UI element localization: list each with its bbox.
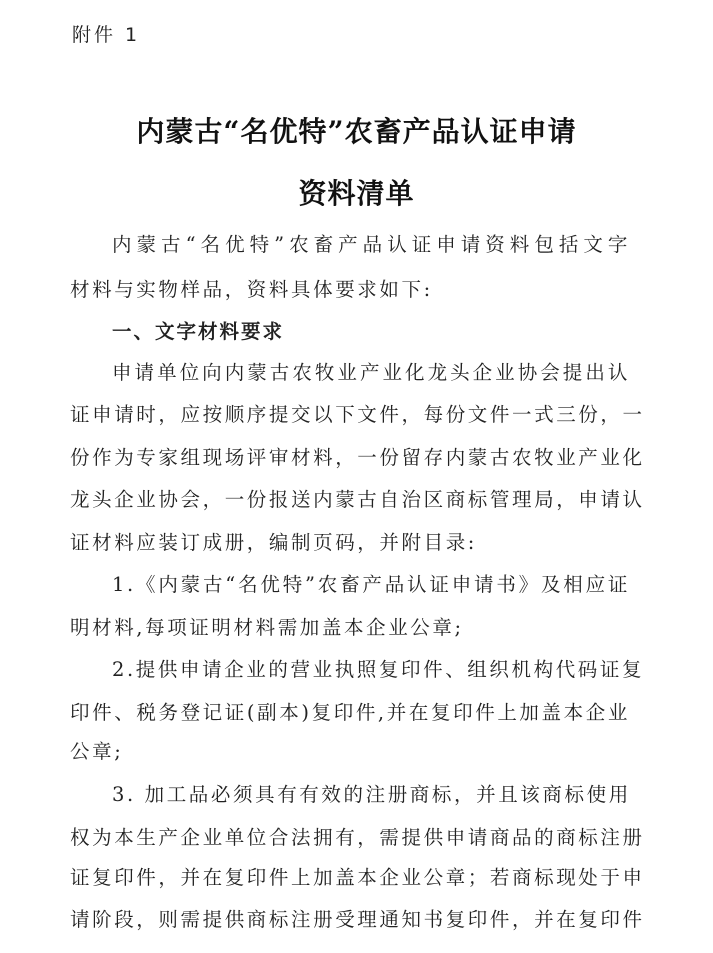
attachment-label: 附件 1 [72,20,140,47]
document-title-line2: 资料清单 [0,172,713,212]
paragraph-line: 证申请时，应按顺序提交以下文件，每份文件一式三份，一 [70,403,630,427]
paragraph-line: 份作为专家组现场评审材料，一份留存内蒙古农牧业产业化 [70,446,630,470]
paragraph-line: 龙头企业协会，一份报送内蒙古自治区商标管理局，申请认 [70,488,630,512]
document-page: 附件 1 内蒙古“名优特”农畜产品认证申请 资料清单 内蒙古“名优特”农畜产品认… [0,0,713,953]
list-item-line: 公章; [70,740,630,764]
list-item-line: 3. 加工品必须具有有效的注册商标，并且该商标使用 [112,783,630,807]
intro-line: 材料与实物样品，资料具体要求如下: [70,278,630,302]
list-item-line: 2.提供申请企业的营业执照复印件、组织机构代码证复 [112,658,630,682]
document-title-line1: 内蒙古“名优特”农畜产品认证申请 [0,110,713,150]
paragraph-line: 证材料应装订成册，编制页码，并附目录: [70,531,630,555]
list-item-line: 1.《内蒙古“名优特”农畜产品认证申请书》及相应证 [112,573,630,597]
intro-line: 内蒙古“名优特”农畜产品认证申请资料包括文字 [112,233,630,257]
list-item-line: 明材料,每项证明材料需加盖本企业公章; [70,616,630,640]
list-item-line: 印件、税务登记证(副本)复印件,并在复印件上加盖本企业 [70,701,630,725]
list-item-line: 请阶段，则需提供商标注册受理通知书复印件，并在复印件 [70,908,630,932]
paragraph-line: 申请单位向内蒙古农牧业产业化龙头企业协会提出认 [112,361,630,385]
list-item-line: 证复印件，并在复印件上加盖本企业公章；若商标现处于申 [70,866,630,890]
section-heading: 一、文字材料要求 [112,320,630,344]
list-item-line: 权为本生产企业单位合法拥有，需提供申请商品的商标注册 [70,826,630,850]
